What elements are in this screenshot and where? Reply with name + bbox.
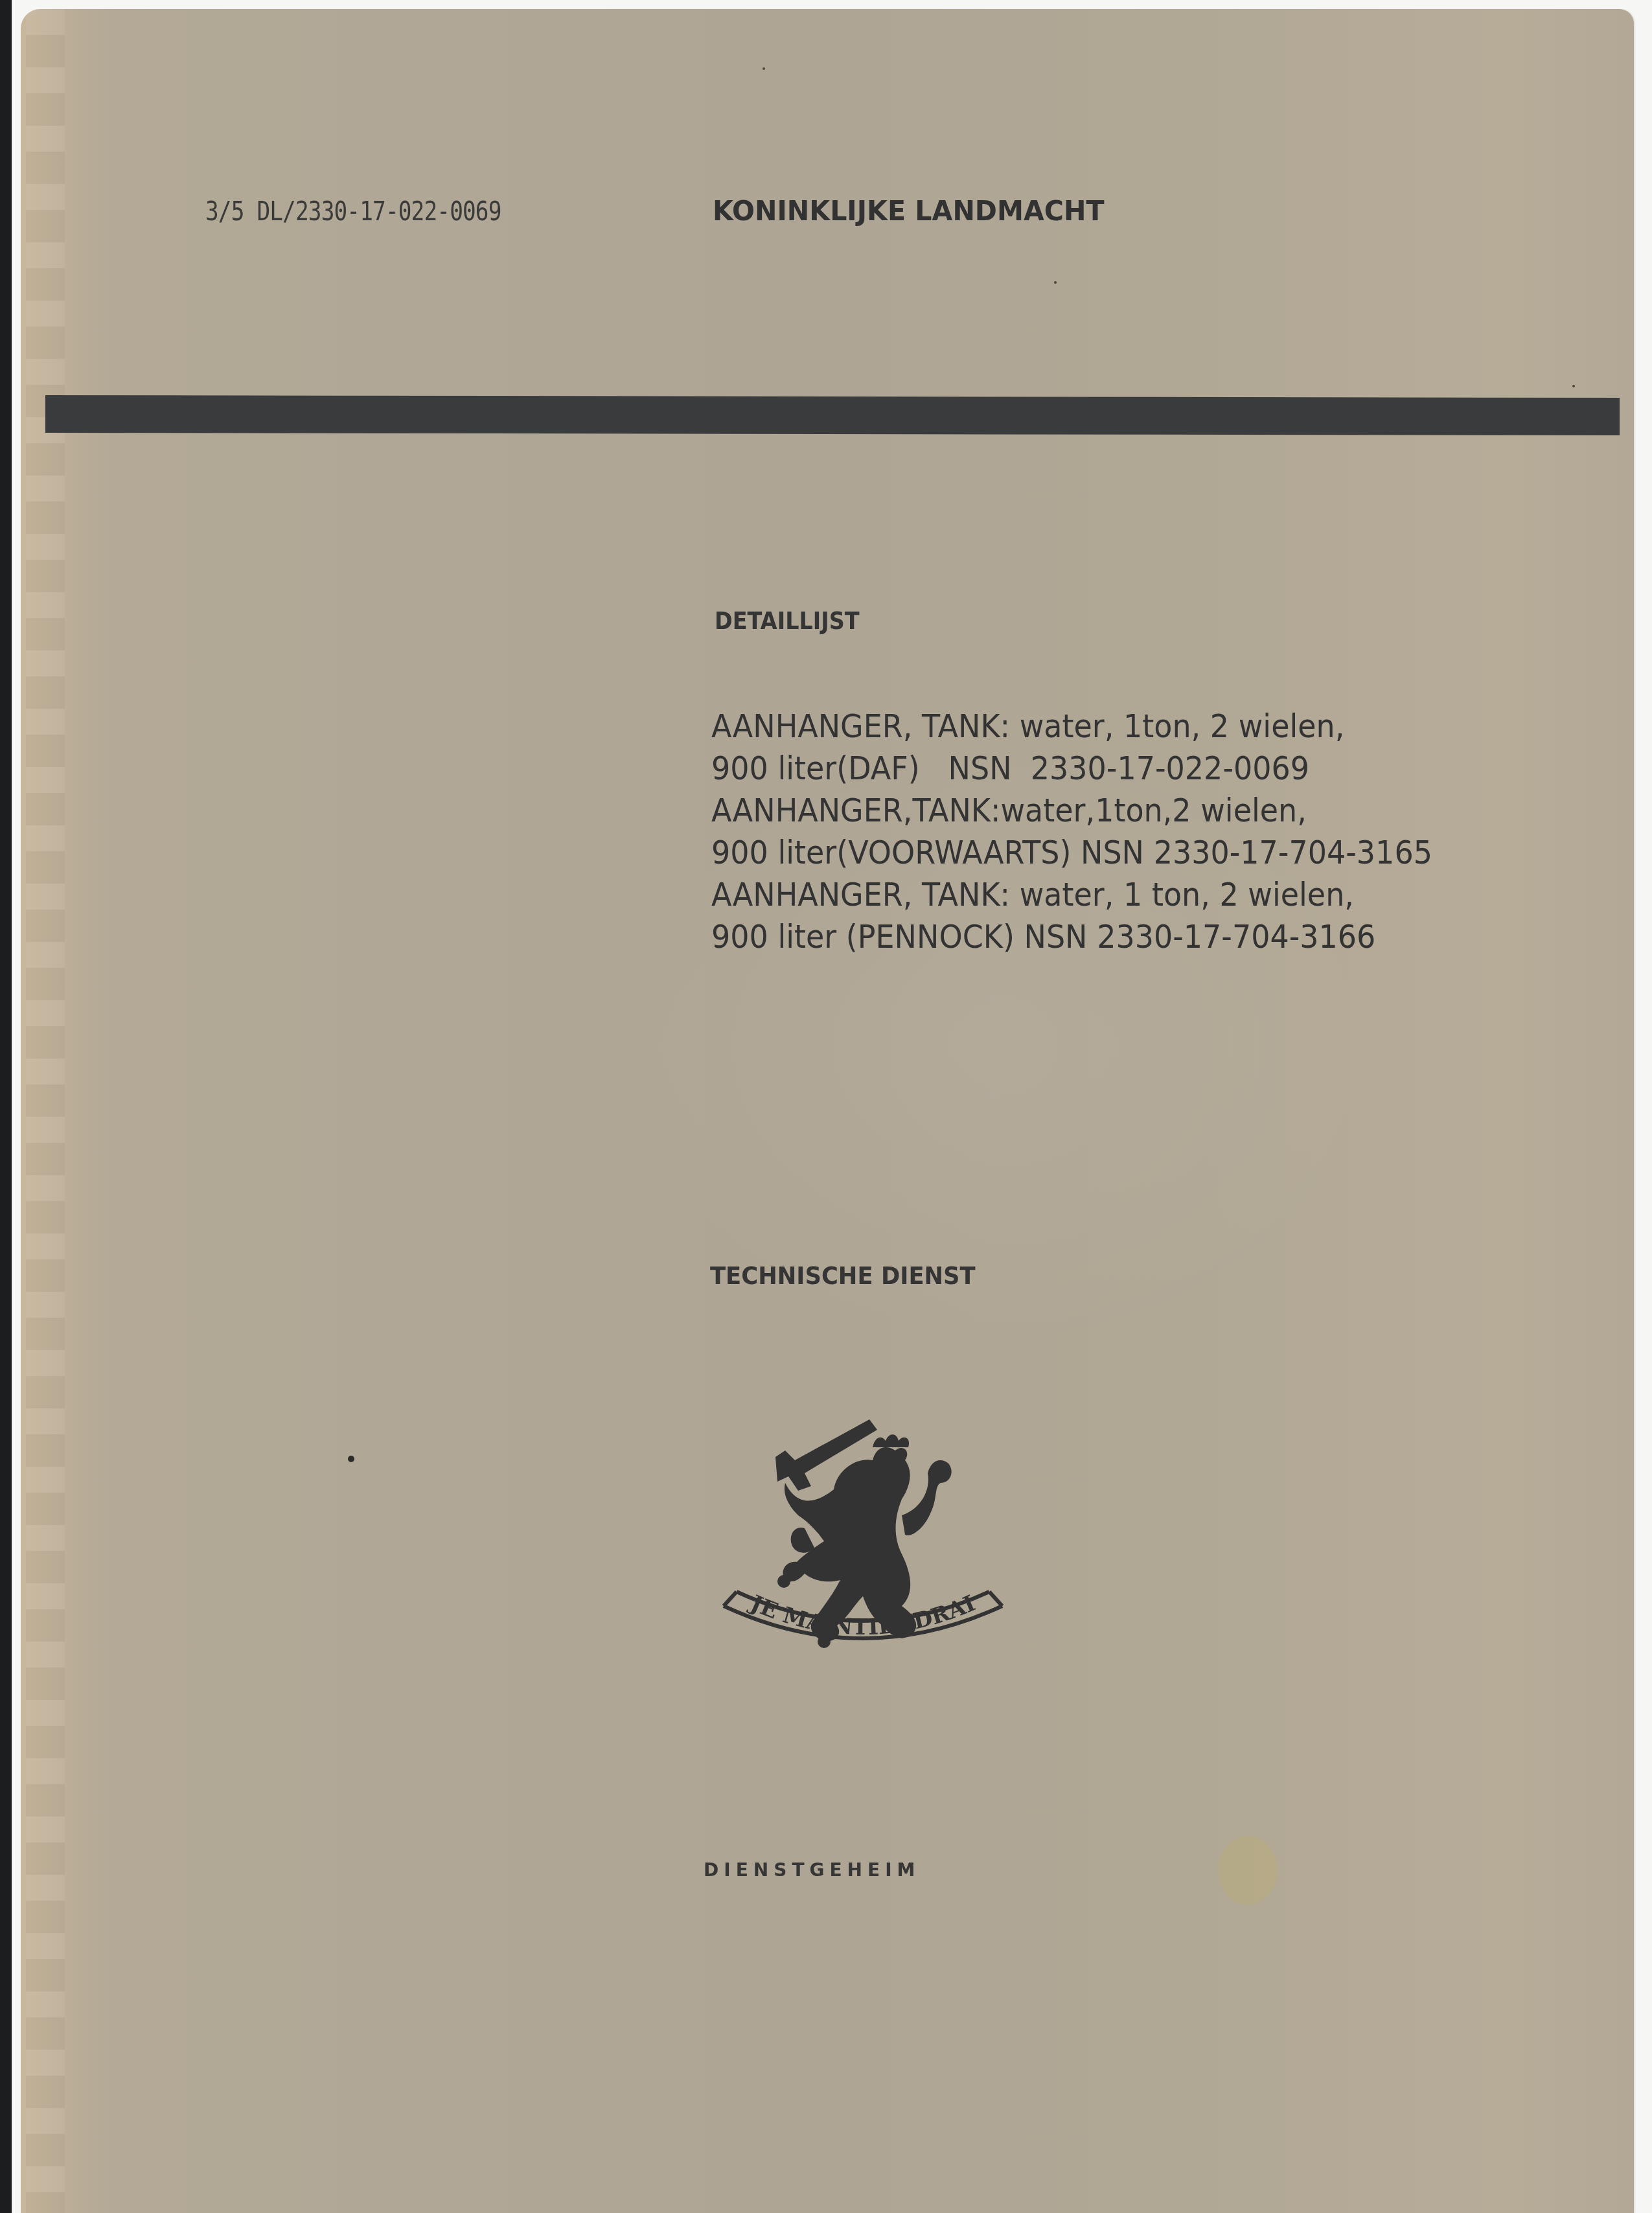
emblem-motto: JE MAINTIENDRAI [745,1590,979,1640]
paper-speck [763,67,765,70]
item-3-line-2: 900 liter (PENNOCK) NSN 2330-17-704-3166 [711,916,1432,958]
document-cover: 3/5 DL/2330-17-022-0069 KONINKLIJKE LAND… [21,9,1634,2213]
item-list: AANHANGER, TANK: water, 1ton, 2 wielen, … [711,705,1432,958]
paper-speck [1572,385,1575,387]
scanner-edge [0,0,12,2213]
document-type-heading: DETAILLIJST [715,606,860,635]
document-reference: 3/5 DL/2330-17-022-0069 [205,197,501,227]
emblem: JE MAINTIENDRAI [707,1412,1018,1671]
header-rule-bar [45,395,1620,435]
organization-name: KONINKLIJKE LANDMACHT [713,195,1105,227]
item-3-line-1: AANHANGER, TANK: water, 1 ton, 2 wielen, [711,874,1432,916]
item-2-line-2: 900 liter(VOORWAARTS) NSN 2330-17-704-31… [711,832,1432,874]
rampant-lion-with-sword-icon: JE MAINTIENDRAI [707,1412,1018,1671]
paper-stain [1218,1836,1278,1905]
item-2-line-1: AANHANGER,TANK:water,1ton,2 wielen, [711,790,1432,832]
item-1-line-1: AANHANGER, TANK: water, 1ton, 2 wielen, [711,705,1432,748]
item-1-line-2: 900 liter(DAF) NSN 2330-17-022-0069 [711,748,1432,790]
paper-mark [348,1456,354,1462]
classification-label: DIENSTGEHEIM [704,1859,920,1881]
paper-speck [1054,281,1057,284]
department-name: TECHNISCHE DIENST [710,1261,976,1290]
